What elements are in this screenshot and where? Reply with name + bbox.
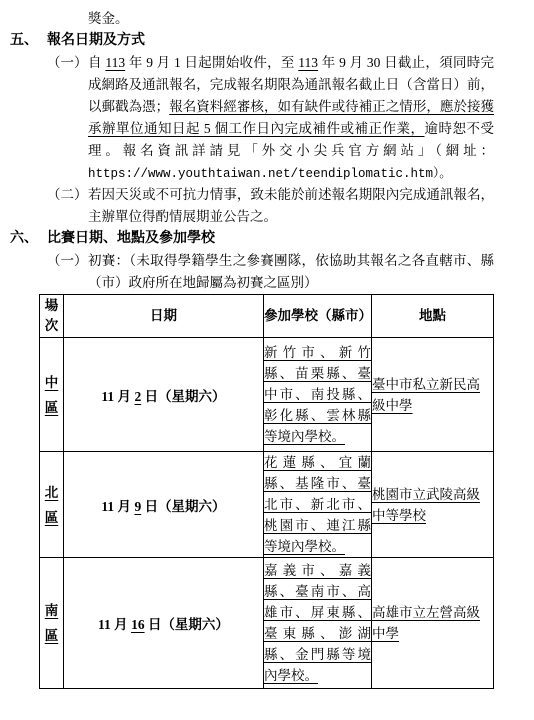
underlined-day: 16 xyxy=(131,617,145,632)
section-heading: 五、 報名日期及方式 xyxy=(0,30,534,52)
location-cell: 桃園市立武陵高級中等學校 xyxy=(372,452,494,558)
paragraph-line: 若因天災或不可抗力情事，致未能於前述報名期限內完成通訊報名， xyxy=(88,184,494,206)
section-title: 報名日期及方式 xyxy=(47,30,145,52)
paragraph-line: 以郵戳為憑；報名資料經審核，如有缺件或待補正之情形，應於接獲 xyxy=(88,96,494,118)
table-row-central: 中區 11 月 2 日（星期六） 新竹市、新竹縣、苗栗縣、臺中市、南投縣、彰化縣… xyxy=(40,338,494,452)
table-row-north: 北區 11 月 9 日（星期六） 花蓮縣、宜蘭縣、基隆市、臺北市、新北市、桃園市… xyxy=(40,452,494,558)
paragraph-line: 理。報名資訊詳請見「外交小尖兵官方網站」（網址： xyxy=(88,140,494,162)
paragraph-line: 承辦單位通知日起 5 個工作日內完成補件或補正作業，逾時恕不受 xyxy=(88,118,494,140)
schools-cell: 嘉義市、嘉義縣、臺南市、高雄市、屏東縣、臺東縣、澎湖縣、金門縣等境內學校。 xyxy=(264,558,372,689)
list-item-1: （一） 初賽：（未取得學籍學生之參賽團隊，依協助其報名之各直轄市、縣 （市）政府… xyxy=(0,250,534,294)
section-competition: 六、 比賽日期、地點及參加學校 （一） 初賽：（未取得學籍學生之參賽團隊，依協助… xyxy=(0,228,534,294)
schools-cell: 花蓮縣、宜蘭縣、基隆市、臺北市、新北市、桃園市、連江縣等境內學校。 xyxy=(264,452,372,558)
region-cell: 南區 xyxy=(40,558,64,689)
text-run: 若因天災或不可抗力情事，致未能於前述報名期限內完成通訊報名， xyxy=(88,187,494,202)
paragraph-line: （市）政府所在地歸屬為初賽之區別） xyxy=(88,272,494,294)
section-number: 五、 xyxy=(10,30,47,52)
list-item-1: （一） 自 113 年 9 月 1 日起開始收件，至 113 年 9 月 30 … xyxy=(0,52,534,184)
schools-text: 嘉義市、嘉義縣、臺南市、高雄市、屏東縣、臺東縣、澎湖縣、金門縣等境內學校。 xyxy=(264,563,371,683)
location-text: 桃園市立武陵高級中等學校 xyxy=(372,487,480,523)
header-cell-schools: 參加學校（縣市） xyxy=(264,295,372,338)
text-run: 自 xyxy=(88,55,105,70)
schools-text: 花蓮縣、宜蘭縣、基隆市、臺北市、新北市、桃園市、連江縣等境內學校。 xyxy=(264,455,371,554)
header-cell-date: 日期 xyxy=(64,295,264,338)
location-text: 臺中市私立新民高級中學 xyxy=(372,377,480,413)
text-run: 逾時恕不受 xyxy=(425,121,495,136)
underlined-year: 113 xyxy=(298,55,318,70)
date-cell: 11 月 9 日（星期六） xyxy=(64,452,264,558)
text-run: 以郵戳為憑； xyxy=(88,99,169,114)
underlined-year: 113 xyxy=(105,55,125,70)
date-text: 11 月 xyxy=(98,617,131,632)
paragraph: 若因天災或不可抗力情事，致未能於前述報名期限內完成通訊報名， 主辦單位得酌情展期… xyxy=(88,184,494,228)
header-cell-location: 地點 xyxy=(372,295,494,338)
schools-cell: 新竹市、新竹縣、苗栗縣、臺中市、南投縣、彰化縣、雲林縣等境內學校。 xyxy=(264,338,372,452)
paragraph: 自 113 年 9 月 1 日起開始收件，至 113 年 9 月 30 日截止，… xyxy=(88,52,494,184)
table-row-south: 南區 11 月 16 日（星期六） 嘉義市、嘉義縣、臺南市、高雄市、屏東縣、臺東… xyxy=(40,558,494,689)
text-run: 年 9 月 1 日起開始收件，至 xyxy=(125,55,298,70)
paragraph-line: 主辦單位得酌情展期並公告之。 xyxy=(88,206,494,228)
date-cell: 11 月 16 日（星期六） xyxy=(64,558,264,689)
region-cell: 北區 xyxy=(40,452,64,558)
item-marker: （二） xyxy=(47,184,88,228)
paragraph: 初賽：（未取得學籍學生之參賽團隊，依協助其報名之各直轄市、縣 （市）政府所在地歸… xyxy=(88,250,494,294)
schools-text: 新竹市、新竹縣、苗栗縣、臺中市、南投縣、彰化縣、雲林縣等境內學校。 xyxy=(264,345,371,444)
table-header-row: 場次 日期 參加學校（縣市） 地點 xyxy=(40,295,494,338)
section-registration: 五、 報名日期及方式 （一） 自 113 年 9 月 1 日起開始收件，至 11… xyxy=(0,30,534,228)
date-text: 11 月 xyxy=(101,389,134,404)
location-cell: 高雄市立左營高級中學 xyxy=(372,558,494,689)
section-number: 六、 xyxy=(10,228,47,250)
date-text: 日（星期六） xyxy=(141,389,225,404)
text-run: 主辦單位得酌情展期並公告之。 xyxy=(88,209,277,224)
date-cell: 11 月 2 日（星期六） xyxy=(64,338,264,452)
location-cell: 臺中市私立新民高級中學 xyxy=(372,338,494,452)
text-run: 理。報名資訊詳請見「外交小尖兵官方網站」（網址： xyxy=(88,143,494,158)
date-text: 日（星期六） xyxy=(141,499,225,514)
lead-line: 獎金。 xyxy=(88,8,534,30)
url-text: https://www.youthtaiwan.net/teendiplomat… xyxy=(88,167,452,181)
location-text: 高雄市立左營高級中學 xyxy=(372,605,480,641)
text-run: 年 9 月 30 日截止，須同時完 xyxy=(318,55,494,70)
underlined-text: 報名資料經審核，如有缺件或待補正之情形，應於接獲 xyxy=(169,99,494,114)
list-item-2: （二） 若因天災或不可抗力情事，致未能於前述報名期限內完成通訊報名， 主辦單位得… xyxy=(0,184,534,228)
section-title: 比賽日期、地點及參加學校 xyxy=(47,228,215,250)
paragraph-line: 成網路及通訊報名，完成報名期限為通訊報名截止日（含當日）前， xyxy=(88,74,494,96)
document-page: 獎金。 五、 報名日期及方式 （一） 自 113 年 9 月 1 日起開始收件，… xyxy=(0,0,534,689)
underlined-text: 承辦單位通知日起 5 個工作日內完成補件或補正作業， xyxy=(88,121,425,136)
text-run: （市）政府所在地歸屬為初賽之區別） xyxy=(88,275,318,290)
item-marker: （一） xyxy=(47,250,88,294)
paragraph-line: 自 113 年 9 月 1 日起開始收件，至 113 年 9 月 30 日截止，… xyxy=(88,52,494,74)
region-label: 中區 xyxy=(45,375,59,415)
section-heading: 六、 比賽日期、地點及參加學校 xyxy=(0,228,534,250)
header-cell-session: 場次 xyxy=(40,295,64,338)
text-run: 初賽：（未取得學籍學生之參賽團隊，依協助其報名之各直轄市、縣 xyxy=(88,253,494,268)
item-marker: （一） xyxy=(47,52,88,184)
text-run: 成網路及通訊報名，完成報名期限為通訊報名截止日（含當日）前， xyxy=(88,77,494,92)
region-label: 北區 xyxy=(45,485,59,525)
region-label: 南區 xyxy=(45,603,59,643)
paragraph-line: 初賽：（未取得學籍學生之參賽團隊，依協助其報名之各直轄市、縣 xyxy=(88,250,494,272)
date-text: 日（星期六） xyxy=(145,617,229,632)
date-text: 11 月 xyxy=(101,499,134,514)
paragraph-line-url: https://www.youthtaiwan.net/teendiplomat… xyxy=(88,162,494,184)
region-cell: 中區 xyxy=(40,338,64,452)
preliminary-rounds-table: 場次 日期 參加學校（縣市） 地點 中區 11 月 2 日（星期六） 新竹市、新… xyxy=(39,294,494,689)
